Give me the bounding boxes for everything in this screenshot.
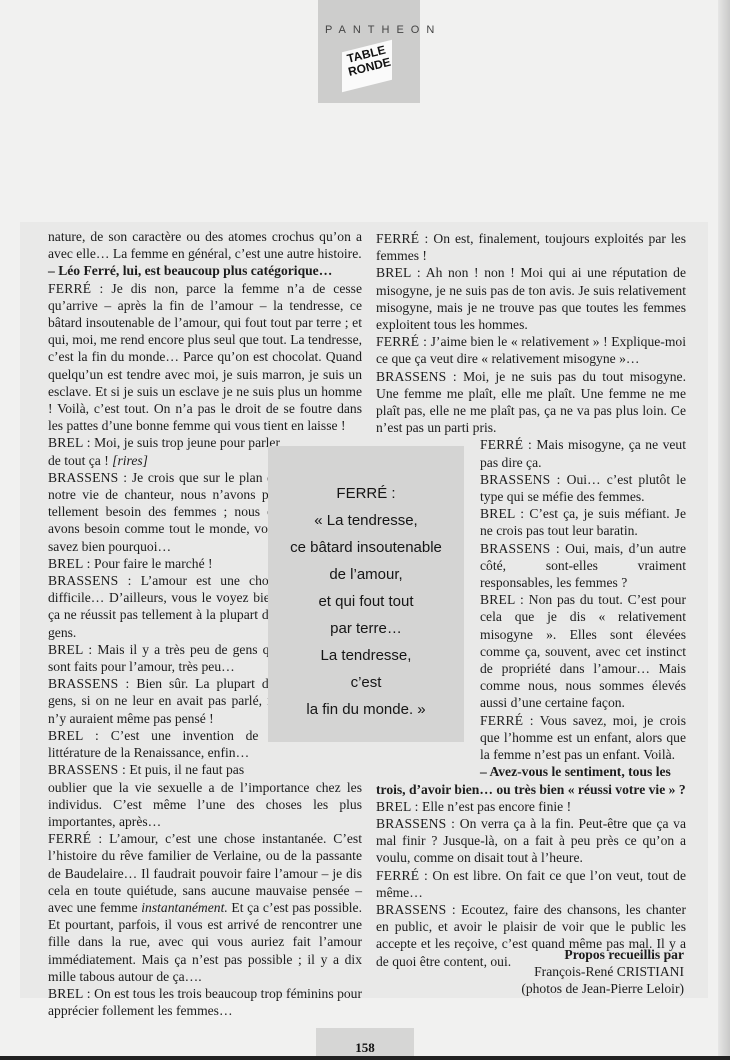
speaker-label: FERRÉ : [376,334,427,349]
speaker-label: BRASSENS : [376,369,457,384]
paragraph: BREL : Pour faire le marché ! [48,555,280,572]
credits-photos: (photos de Jean-Pierre Leloir) [521,980,684,997]
credits-author: François-René CRISTIANI [521,963,684,980]
paragraph: FERRÉ : On est libre. On fait ce que l’o… [376,867,686,901]
speaker-label: BRASSENS : [376,902,456,917]
speaker-label: FERRÉ : [480,713,534,728]
paragraph: BREL : On est tous les trois beaucoup tr… [48,985,362,1019]
paragraph: FERRÉ : L’amour, c’est une chose instant… [48,830,362,985]
speaker-label: BRASSENS : [48,573,132,588]
speaker-label: BREL : [48,728,99,743]
paragraph: BRASSENS : Je crois que sur le plan de n… [48,469,280,555]
paragraph: BREL : Ah non ! non ! Moi qui ai une rép… [376,264,686,333]
emphasis: instantanément. [141,900,227,915]
narrow-text-block: BREL : Moi, je suis trop jeune pour parl… [48,434,280,778]
speaker-label: FERRÉ : [376,868,428,883]
speaker-label: BREL : [376,265,421,280]
paragraph: BRASSENS : Oui… c’est plutôt le type qui… [480,471,686,505]
paragraph: BRASSENS : Moi, je ne suis pas du tout m… [376,368,686,437]
paragraph: BREL : Non pas du tout. C’est pour cela … [480,591,686,711]
page-number: 158 [316,1040,414,1056]
paragraph: oublier que la vie sexuelle a de l’impor… [48,779,362,831]
magazine-header: PANTHEON TABLE RONDE [318,0,420,103]
paragraph: BREL : Mais il y a très peu de gens qui … [48,641,280,675]
speaker-label: BRASSENS : [480,541,560,556]
page-edge-shadow [718,0,730,1060]
speaker-label: BREL : [48,556,91,571]
interviewer-question: – Avez-vous le sentiment, tous les [480,763,686,780]
speaker-label: FERRÉ : [480,437,532,452]
speaker-label: FERRÉ : [48,831,102,846]
paragraph: BREL : C’est une invention de la littéra… [48,727,280,761]
speaker-label: BRASSENS : [48,470,127,485]
paragraph: BRASSENS : L’amour est une chose diffici… [48,572,280,641]
bottom-rule [0,1056,730,1060]
speaker-label: BREL : [480,592,524,607]
brand-name: PANTHEON [318,24,420,36]
speaker-label: BREL : [48,642,92,657]
paragraph: FERRÉ : J’aime bien le « relativement » … [376,333,686,367]
paragraph: FERRÉ : On est, finalement, toujours exp… [376,230,686,264]
paragraph: BREL : Elle n’est pas encore finie ! [376,798,686,815]
right-column: FERRÉ : On est, finalement, toujours exp… [376,230,686,970]
paragraph: BRASSENS : Bien sûr. La plupart des gens… [48,675,280,727]
speaker-label: BREL : [48,435,91,450]
paragraph: nature, de son caractère ou des atomes c… [48,228,362,262]
speaker-label: BRASSENS : [48,762,126,777]
paragraph: BRASSENS : Oui, mais, d’un autre côté, s… [480,540,686,592]
speaker-label: BRASSENS : [48,676,129,691]
credits-intro: Propos recueillis par [521,946,684,963]
speaker-label: FERRÉ : [376,231,428,246]
paragraph: BREL : C’est ça, je suis méfiant. Je ne … [480,505,686,539]
speaker-label: BRASSENS : [376,816,455,831]
speaker-label: FERRÉ : [48,281,103,296]
interviewer-question: – Léo Ferré, lui, est beaucoup plus caté… [48,262,362,279]
paragraph: FERRÉ : Vous savez, moi, je crois que l’… [480,712,686,764]
interviewer-question-continued: trois, d’avoir bien… ou très bien « réus… [376,781,686,798]
paragraph: BRASSENS : On verra ça à la fin. Peut-êt… [376,815,686,867]
speaker-label: BREL : [480,506,524,521]
paragraph: BREL : Moi, je suis trop jeune pour parl… [48,434,280,468]
paragraph: BRASSENS : Et puis, il ne faut pas [48,761,280,778]
speaker-label: BREL : [376,799,419,814]
stage-direction: [rires] [112,453,148,468]
paragraph: FERRÉ : Je dis non, parce la femme n’a d… [48,280,362,435]
speaker-label: BREL : [48,986,91,1001]
article-credits: Propos recueillis par François-René CRIS… [521,946,684,997]
paragraph: FERRÉ : Mais misogyne, ça ne veut pas di… [480,436,686,470]
speaker-label: BRASSENS : [480,472,561,487]
